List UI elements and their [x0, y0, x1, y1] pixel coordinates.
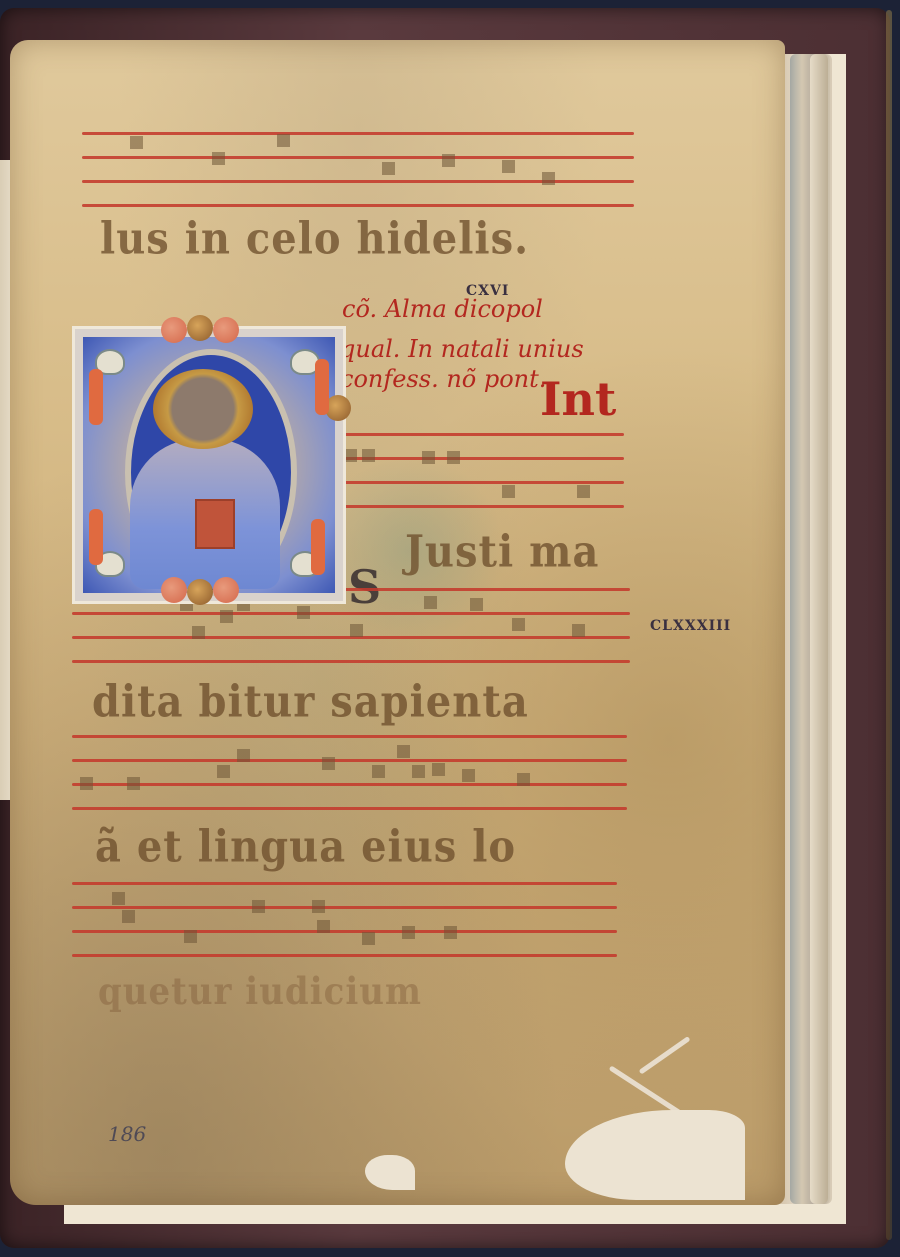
- chant-text-line: dita bitur sapienta: [92, 676, 529, 728]
- music-staff-2: [332, 433, 624, 513]
- music-staff-4: [72, 735, 627, 815]
- chant-text-line: lus in celo hidelis.: [100, 213, 529, 265]
- torn-hole: [365, 1155, 415, 1190]
- historiated-initial: [72, 326, 346, 604]
- chant-text-line: quetur iudicium: [98, 970, 422, 1014]
- ornament-boss: [161, 317, 187, 343]
- music-staff-5: [72, 882, 617, 962]
- folio-number-roman-side: CLXXXIII: [650, 618, 731, 634]
- introit-rubric: Int: [540, 372, 616, 426]
- halo: [153, 369, 253, 449]
- orange-flourish: [315, 359, 329, 415]
- rubric-line: qual. In natali unius: [340, 335, 584, 363]
- rubric-line: cõ. Alma dicopol: [342, 295, 543, 323]
- orange-flourish: [89, 509, 103, 565]
- book-held: [195, 499, 235, 549]
- orange-flourish: [311, 519, 325, 575]
- ornament-boss: [161, 577, 187, 603]
- pencil-foliation: 186: [108, 1122, 146, 1146]
- chant-text-line: Justi ma: [405, 526, 599, 578]
- page-stack-edge: [810, 54, 828, 1204]
- binding-gilt-edge: [886, 10, 892, 1240]
- music-staff-1: [82, 132, 634, 212]
- ornament-boss-gold: [187, 579, 213, 605]
- orange-flourish: [89, 369, 103, 425]
- ornament-boss: [213, 317, 239, 343]
- ornament-boss: [213, 577, 239, 603]
- manuscript-page: lus in celo hidelis. CXVI cõ. Alma dicop…: [10, 40, 785, 1205]
- chant-text-line: ã et lingua eius lo: [95, 821, 516, 873]
- rubric-line: confess. nõ pont.: [340, 365, 546, 393]
- parchment-crack: [639, 1036, 691, 1075]
- ornament-boss-gold: [187, 315, 213, 341]
